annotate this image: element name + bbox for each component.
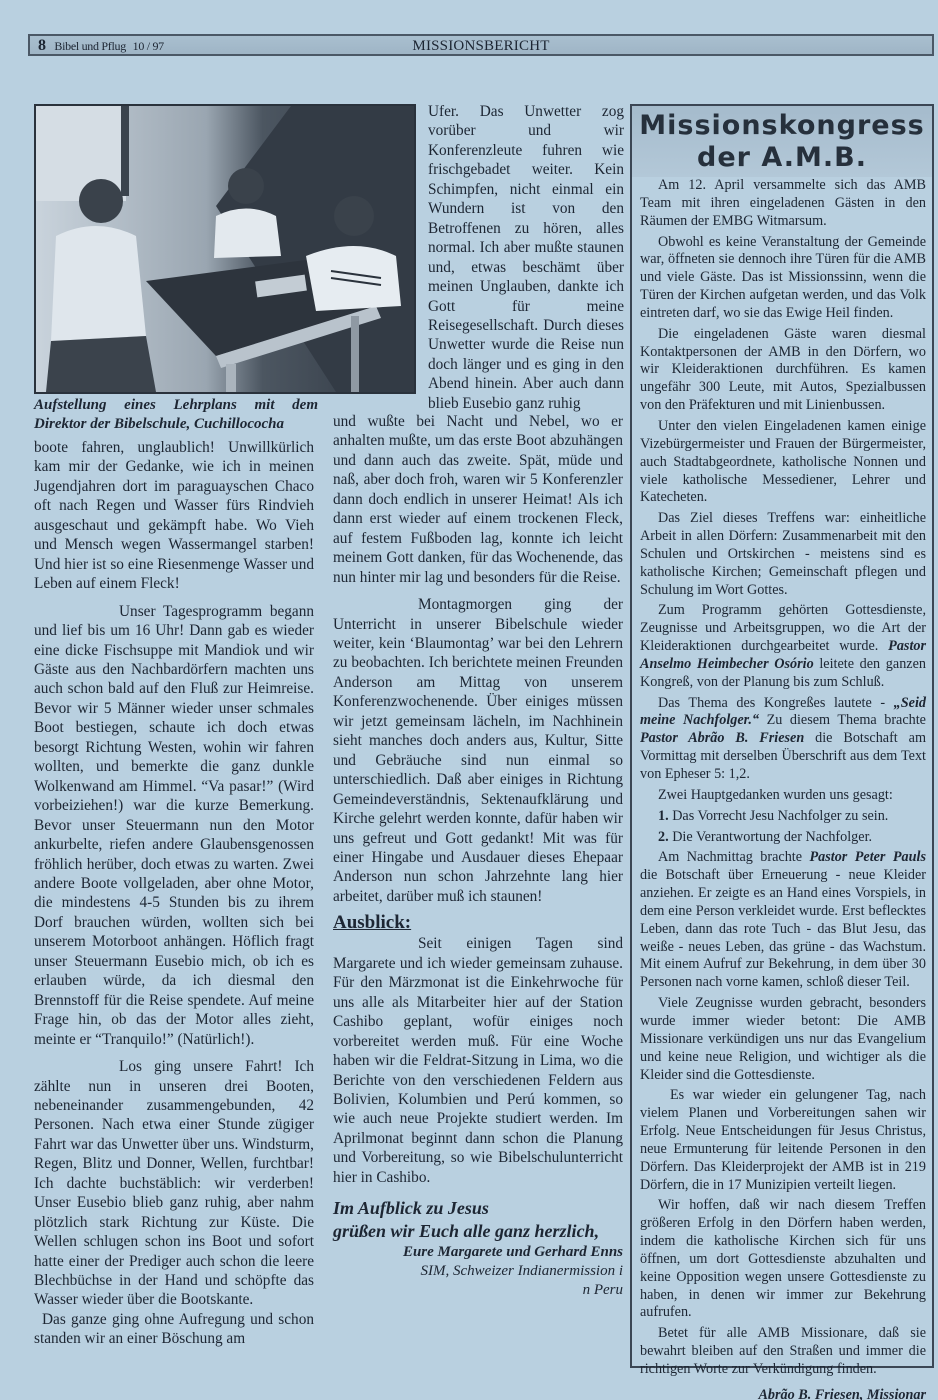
article-column-2-top: Ufer. Das Unwetter zog vorüber und wir K…	[428, 102, 624, 413]
sidebar-body: Am 12. April versammelte sich das AMB Te…	[632, 177, 932, 1400]
article-paragraph: und wußte bei Nacht und Nebel, wo er anh…	[333, 412, 623, 587]
signature-org-cont: n Peru	[333, 1281, 623, 1300]
sidebar-paragraph: Das Thema des Kongreßes lautete - „Seid …	[640, 695, 926, 784]
closing-greeting: Im Aufblick zu Jesus grüßen wir Euch all…	[333, 1197, 623, 1243]
text-span: Das Thema des Kongreßes lautete -	[658, 695, 894, 711]
article-paragraph: boote fahren, unglaublich! Unwillkürlich…	[34, 438, 314, 594]
sidebar-title-line-1: Missionskongress	[632, 110, 932, 142]
person-name: Pastor Peter Pauls	[809, 849, 926, 865]
signature-name: Eure Margarete und Gerhard Enns	[333, 1243, 623, 1262]
sidebar-paragraph: Unter den vielen Eingeladenen kamen eini…	[640, 418, 926, 507]
text-span: Zu diesem Thema brachte	[759, 712, 926, 728]
text-span: die Botschaft über Erneuerung - neue Kle…	[640, 867, 926, 990]
sidebar-paragraph: Die eingeladenen Gäste waren diesmal Kon…	[640, 326, 926, 415]
sidebar-paragraph: Viele Zeugnisse wurden gebracht, besonde…	[640, 995, 926, 1084]
photo-caption: Aufstellung eines Lehrplans mit dem Dire…	[34, 396, 318, 434]
closing-line-2: grüßen wir Euch alle ganz herzlich,	[333, 1220, 623, 1243]
sidebar-paragraph: Das Ziel dieses Treffens war: einheitlic…	[640, 510, 926, 599]
outlook-heading: Ausblick:	[333, 912, 623, 934]
sidebar-box: Missionskongress der A.M.B. Am 12. April…	[630, 104, 934, 1368]
sidebar-paragraph: Am Nachmittag brachte Pastor Peter Pauls…	[640, 849, 926, 992]
sidebar-paragraph: Zwei Hauptgedanken wurden uns gesagt:	[640, 787, 926, 805]
sidebar-signature: Abrão B. Friesen, Missionar	[640, 1387, 926, 1400]
sidebar-paragraph: Am 12. April versammelte sich das AMB Te…	[640, 177, 926, 231]
sidebar-paragraph: Es war wieder ein gelungener Tag, nach v…	[640, 1087, 926, 1194]
article-photo	[34, 104, 416, 394]
section-title: MISSIONSBERICHT	[30, 37, 932, 55]
list-text: Das Vorrecht Jesu Nachfolger zu sein.	[669, 808, 889, 824]
article-paragraph: Unser Tagesprogramm begann und lief bis …	[34, 602, 314, 1049]
sidebar-paragraph: Betet für alle AMB Missionare, daß sie b…	[640, 1325, 926, 1379]
text-span: Zum Programm gehörten Gottesdienste, Zeu…	[640, 602, 926, 654]
article-paragraph: Das ganze ging ohne Aufregung und schon …	[34, 1310, 314, 1349]
outlook-paragraph: Seit einigen Tagen sind Margarete und ic…	[333, 934, 623, 1187]
article-paragraph: Los ging unsere Fahrt! Ich zählte nun in…	[34, 1057, 314, 1310]
article-paragraph: Ufer. Das Unwetter zog vorüber und wir K…	[428, 102, 624, 413]
sidebar-title-line-2: der A.M.B.	[632, 142, 932, 174]
sidebar-paragraph: Zum Programm gehörten Gottesdienste, Zeu…	[640, 602, 926, 691]
sidebar-paragraph: Obwohl es keine Veranstaltung der Gemein…	[640, 234, 926, 323]
list-item: 1. Das Vorrecht Jesu Nachfolger zu sein.	[640, 808, 926, 826]
photo-image-icon	[36, 106, 414, 392]
article-paragraph: Montagmorgen ging der Unterricht in unse…	[333, 595, 623, 906]
signature-org: SIM, Schweizer Indianermission i	[333, 1262, 623, 1281]
list-text: Die Verantwortung der Nachfolger.	[669, 829, 872, 845]
article-column-2: und wußte bei Nacht und Nebel, wo er anh…	[333, 412, 623, 1300]
list-number: 1.	[658, 808, 669, 824]
sidebar-title: Missionskongress der A.M.B.	[632, 106, 932, 177]
list-item: 2. Die Verantwortung der Nachfolger.	[640, 829, 926, 847]
person-name: Pastor Abrão B. Friesen	[640, 730, 804, 746]
article-column-1: boote fahren, unglaublich! Unwillkürlich…	[34, 438, 314, 1349]
text-span: Am Nachmittag brachte	[658, 849, 809, 865]
page-header-bar: 8 Bibel und Pflug 10 / 97 MISSIONSBERICH…	[28, 34, 934, 56]
list-number: 2.	[658, 829, 669, 845]
closing-line-1: Im Aufblick zu Jesus	[333, 1197, 623, 1220]
sidebar-paragraph: Wir hoffen, daß wir nach diesem Treffen …	[640, 1197, 926, 1322]
